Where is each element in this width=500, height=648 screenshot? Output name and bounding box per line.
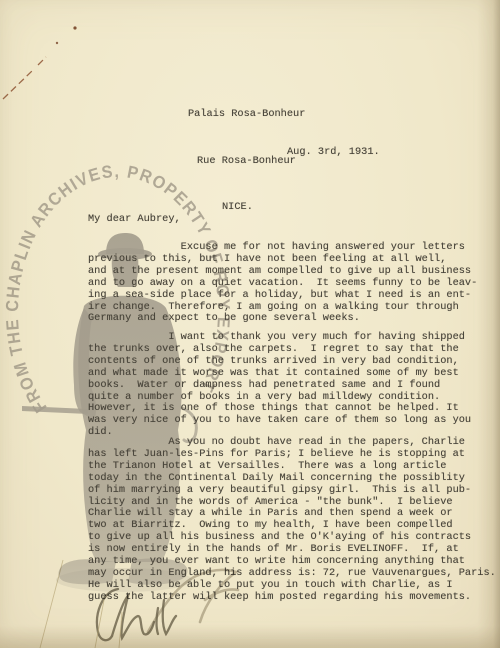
scratch-mark (3, 26, 77, 99)
paper-creases (40, 560, 122, 648)
letter-page: FROM THE CHAPLIN ARCHIVES, PROPERTY OF R… (0, 0, 500, 648)
signature-handwritten (97, 589, 176, 640)
signature-faded (148, 570, 238, 632)
overlay-layer (0, 0, 500, 648)
